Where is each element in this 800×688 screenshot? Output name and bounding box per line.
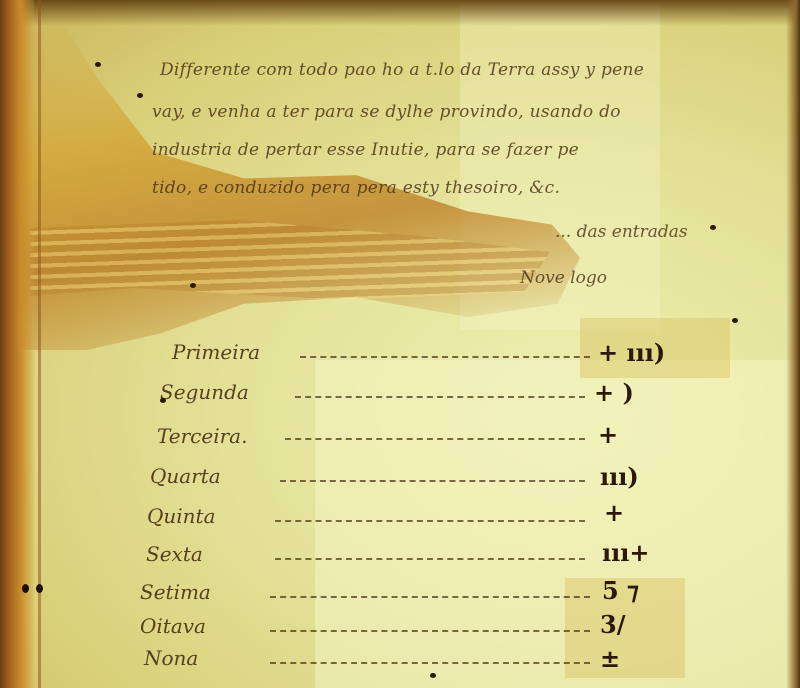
ink-spot [710,225,716,230]
entry-value: + [604,498,624,527]
entry-leader [275,520,585,522]
binding-hole [36,584,43,593]
ink-spot [137,93,143,98]
entry-label: Setima [140,580,211,604]
entry-value: + ) [594,378,634,407]
header-line-1: Differente com todo pao ho a t.lo da Ter… [160,60,644,80]
entry-leader [270,630,590,632]
entry-label: Quarta [150,464,221,488]
entry-value: ııı+ [602,538,649,567]
binding-edge [0,0,34,688]
binding-hole [22,584,29,593]
entry-leader [300,356,590,358]
right-edge [786,0,800,688]
top-edge [0,0,800,26]
paper-patch-lower [315,360,800,688]
entry-value: ııı) [600,462,639,491]
entry-value: + [598,420,618,449]
entry-leader [270,662,590,664]
ink-spot [160,398,166,403]
entry-label: Oitava [140,614,206,638]
entry-label: Quinta [147,504,216,528]
ink-spot [430,673,436,678]
entry-label: Terceira. [157,424,247,448]
subheading-entradas: ... das entradas [555,222,688,242]
manuscript-page: Differente com todo pao ho a t.lo da Ter… [0,0,800,688]
header-line-2: vay, e venha a ter para se dylhe provind… [152,102,621,122]
entry-value: 5 ⁊ [602,576,639,605]
subheading-logo: Nove logo [520,268,607,288]
entry-value: ± [600,644,620,673]
entry-leader [275,558,585,560]
ink-spot [190,283,196,288]
entry-leader [280,480,585,482]
entry-label: Primeira [172,340,260,364]
header-line-4: tido, e conduzido pera pera esty thesoir… [152,178,560,198]
entry-label: Segunda [160,380,249,404]
entry-leader [270,596,590,598]
entry-label: Nona [144,646,198,670]
entry-value: 3/ [600,610,625,639]
header-line-3: industria de pertar esse Inutie, para se… [152,140,579,160]
entry-leader [285,438,585,440]
entry-leader [295,396,585,398]
entry-label: Sexta [146,542,203,566]
entry-value: + ııı) [598,338,665,367]
ink-spot [95,62,101,67]
ink-spot [732,318,738,323]
